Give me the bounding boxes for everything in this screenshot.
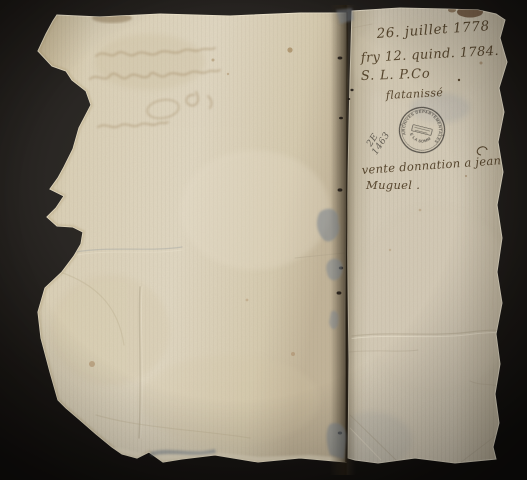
photo-vignette xyxy=(0,0,527,480)
document-scan-canvas: 26. juillet 1778 fry 12. quind. 1784. S.… xyxy=(0,0,527,480)
scanned-document-photo: 26. juillet 1778 fry 12. quind. 1784. S.… xyxy=(0,0,527,480)
